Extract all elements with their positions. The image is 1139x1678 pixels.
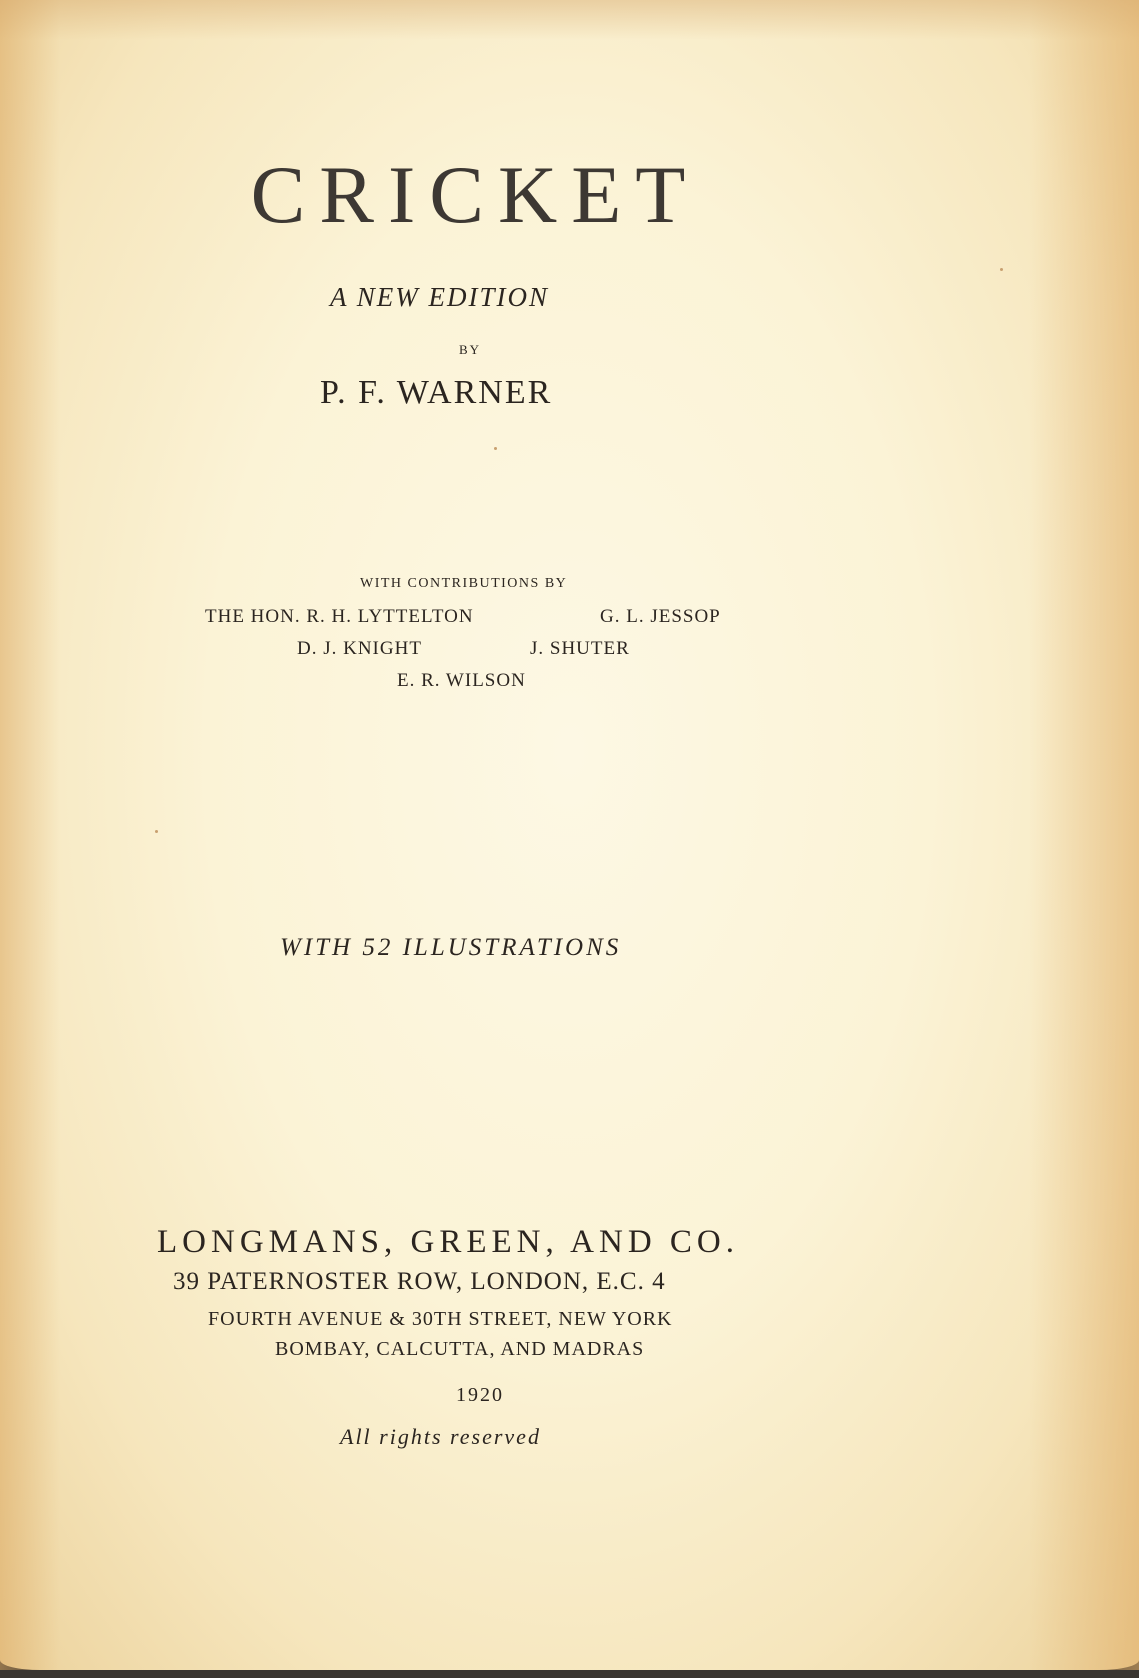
contributions-heading: WITH CONTRIBUTIONS BY — [360, 576, 600, 592]
by-label: BY — [440, 342, 500, 358]
publisher-address: FOURTH AVENUE & 30TH STREET, NEW YORK — [208, 1308, 748, 1331]
contributor-name: G. L. JESSOP — [600, 606, 721, 628]
publisher-address: BOMBAY, CALCUTTA, AND MADRAS — [275, 1338, 715, 1361]
paper-speck — [155, 830, 158, 833]
paper-stain-top — [0, 0, 1139, 40]
contributor-name: D. J. KNIGHT — [297, 638, 422, 660]
paper-speck — [494, 447, 497, 450]
book-title: CRICKET — [220, 148, 730, 242]
paper-speck — [1000, 268, 1003, 271]
author-name: P. F. WARNER — [320, 374, 620, 412]
publisher-name: LONGMANS, GREEN, AND CO. — [157, 1224, 797, 1261]
contributor-name: J. SHUTER — [530, 638, 630, 660]
illustrations-note: WITH 52 ILLUSTRATIONS — [280, 934, 680, 962]
edition-subtitle: A NEW EDITION — [330, 282, 630, 313]
paper-stain-left — [0, 0, 60, 1670]
publisher-address: 39 PATERNOSTER ROW, LONDON, E.C. 4 — [173, 1268, 793, 1296]
contributor-name: E. R. WILSON — [397, 670, 526, 692]
rights-notice: All rights reserved — [340, 1424, 620, 1450]
publication-year: 1920 — [440, 1384, 520, 1407]
paper-stain-right — [1029, 0, 1139, 1670]
title-page: CRICKET A NEW EDITION BY P. F. WARNER WI… — [0, 0, 1139, 1670]
contributor-name: THE HON. R. H. LYTTELTON — [205, 606, 474, 628]
